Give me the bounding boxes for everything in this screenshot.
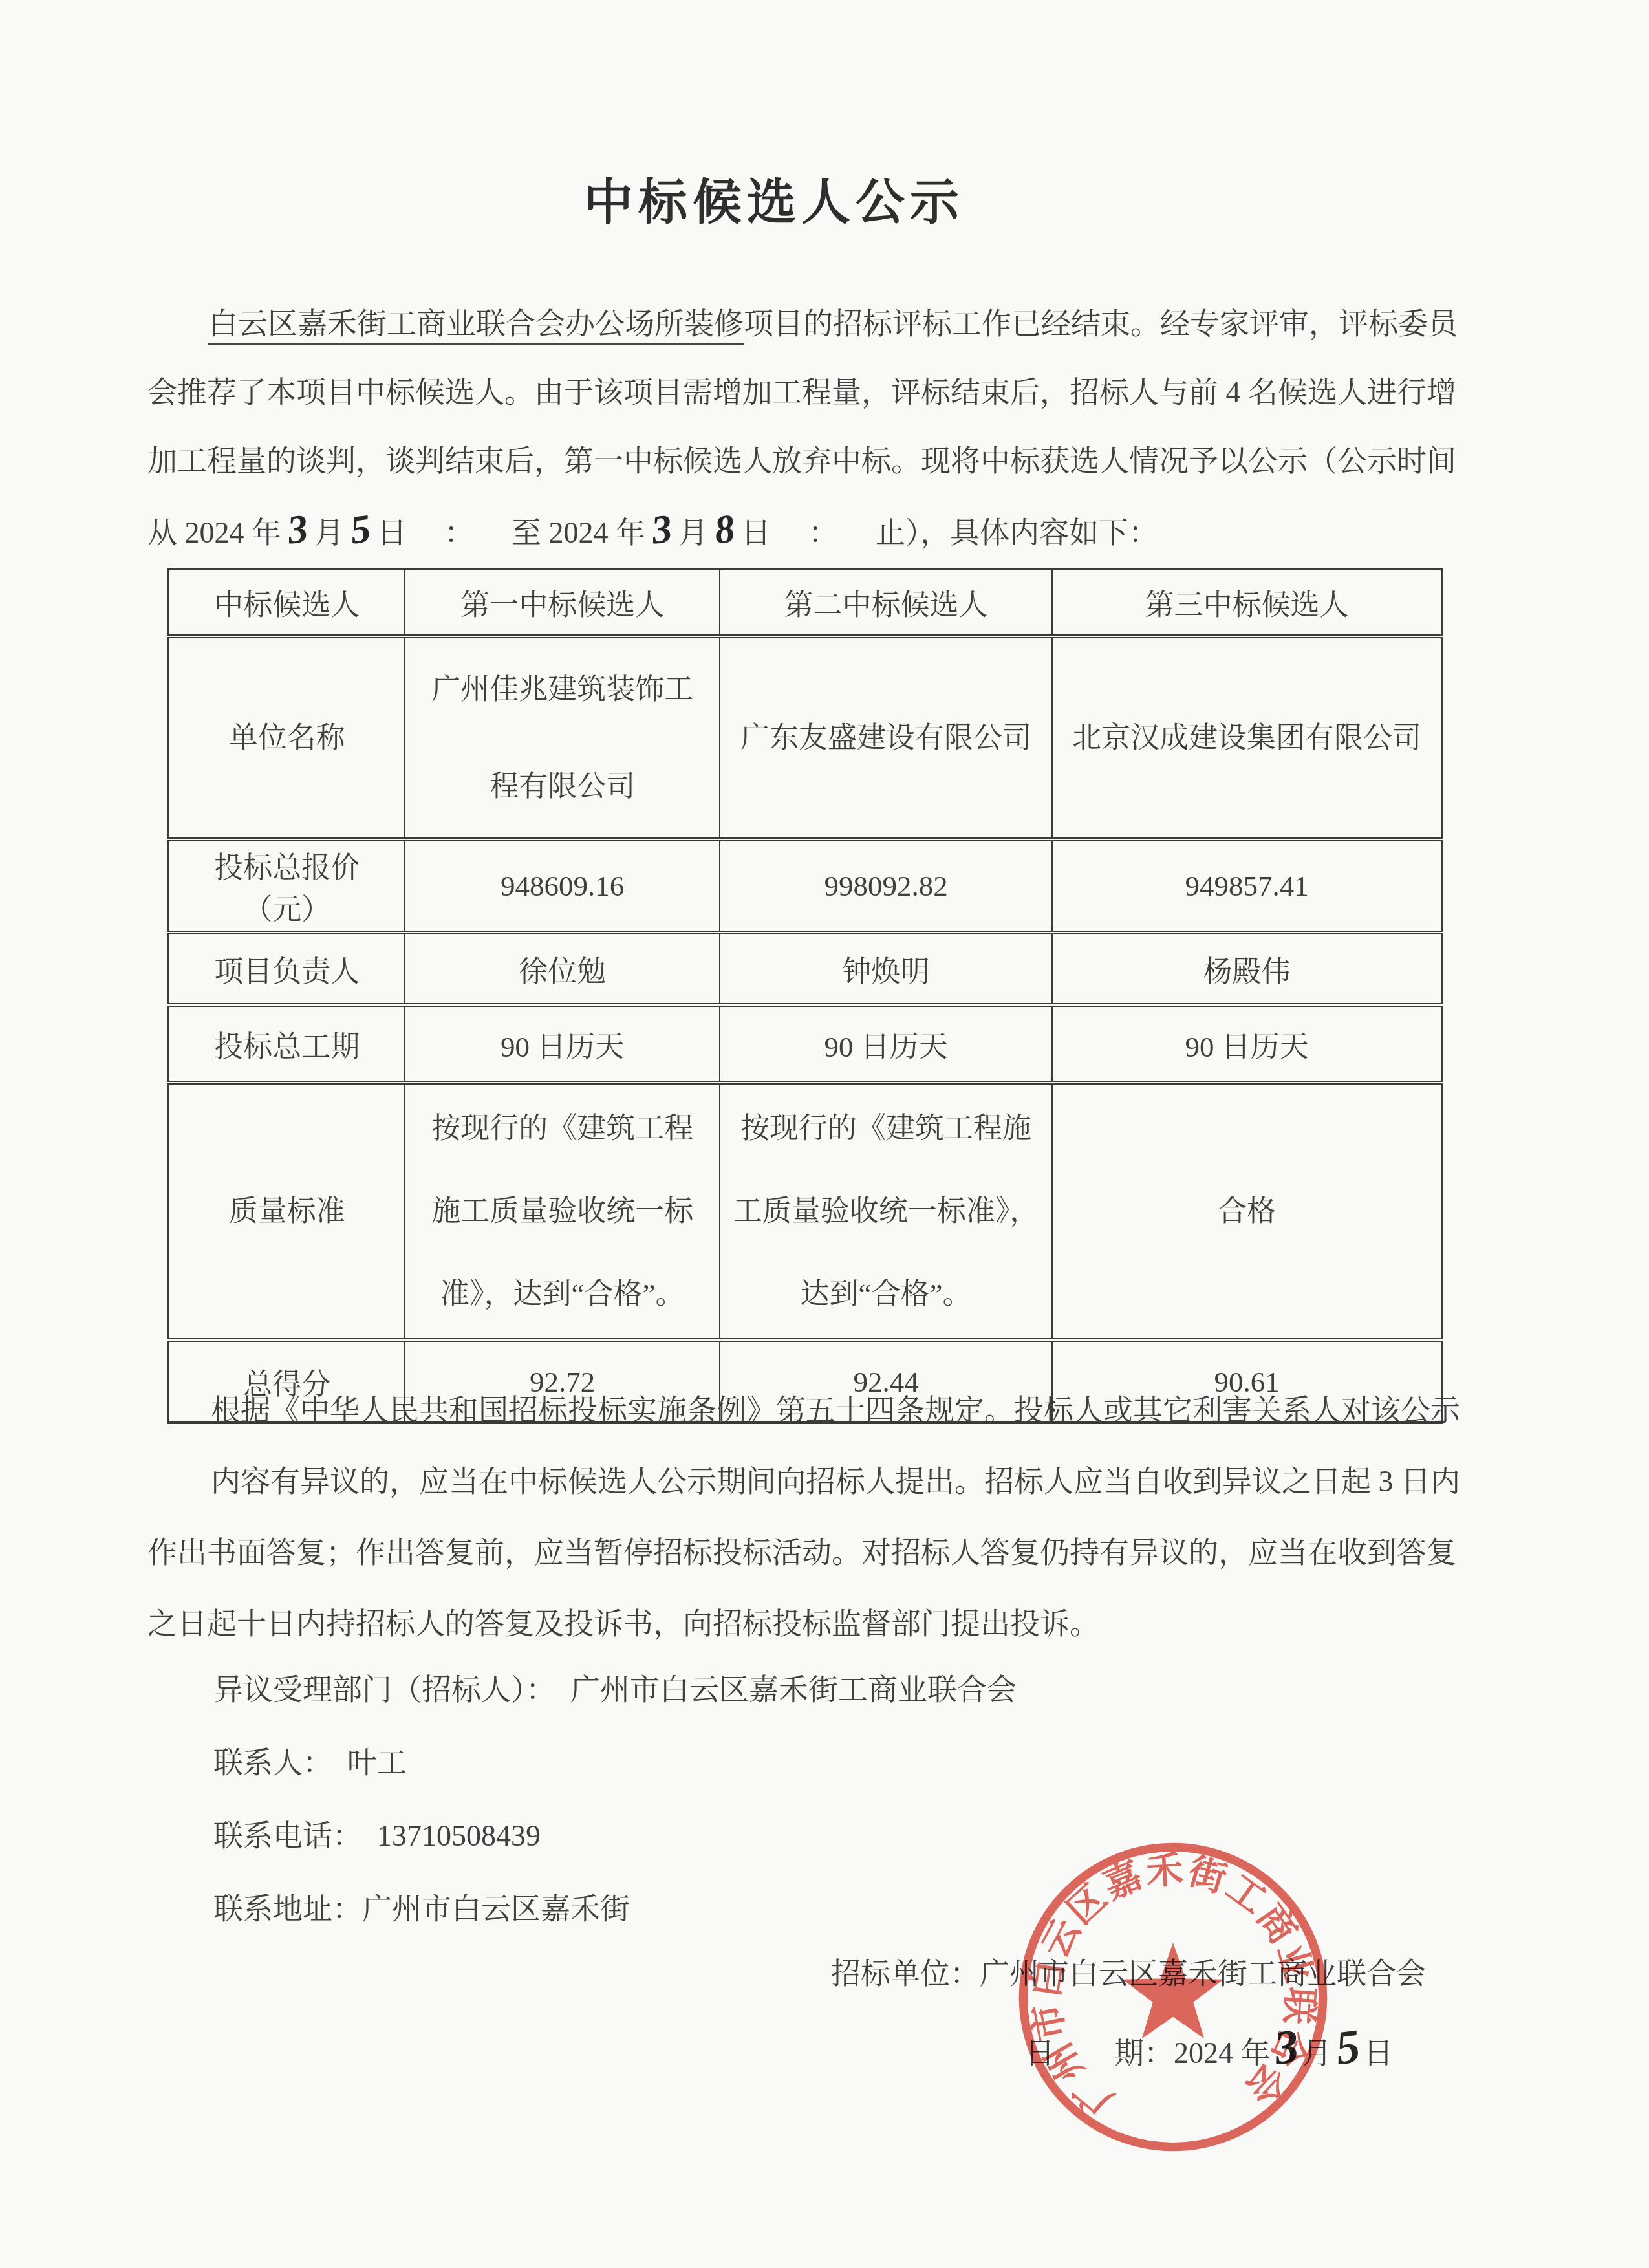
table-cell: 钟焕明 xyxy=(720,933,1052,1005)
contact-person: 联系人： 叶工 xyxy=(213,1726,1017,1799)
document-page: 中标候选人公示 白云区嘉禾街工商业联合会办公场所装修项目的招标评标工作已经结束。… xyxy=(0,0,1649,2268)
tendering-unit: 招标单位：广州市白云区嘉禾街工商业联合会 xyxy=(831,1943,1426,2005)
intro-line-4: 从 2024 年3月5日：至 2024 年3月8日：止），具体内容如下： xyxy=(147,495,1512,564)
intro-paragraph: 白云区嘉禾街工商业联合会办公场所装修项目的招标评标工作已经结束。经专家评审，评标… xyxy=(147,290,1512,564)
time-colon-1: ： xyxy=(444,499,474,567)
table-row-company: 单位名称 广州佳兆建筑装饰工程有限公司 广东友盛建设有限公司 北京汉成建设集团有… xyxy=(168,636,1442,839)
table-cell: 北京汉成建设集团有限公司 xyxy=(1052,636,1442,839)
table-cell: 杨殿伟 xyxy=(1052,933,1442,1005)
day-label: 日 xyxy=(377,516,407,549)
table-header-cell: 第一中标候选人 xyxy=(405,569,720,636)
table-row-price: 投标总报价（元） 948609.16 998092.82 949857.41 xyxy=(168,839,1442,933)
month-label: 月 xyxy=(678,516,708,549)
handwritten-from-day: 5 xyxy=(347,495,375,565)
contact-phone: 联系电话： 13710508439 xyxy=(213,1799,1017,1872)
day-label: 日 xyxy=(1364,2036,1394,2069)
table-cell: 广东友盛建设有限公司 xyxy=(720,636,1052,839)
table-row-duration: 投标总工期 90 日历天 90 日历天 90 日历天 xyxy=(168,1005,1442,1083)
intro-line-1: 白云区嘉禾街工商业联合会办公场所装修项目的招标评标工作已经结束。经专家评审，评标… xyxy=(147,290,1512,358)
contact-block: 异议受理部门（招标人）： 广州市白云区嘉禾街工商业联合会 联系人： 叶工 联系电… xyxy=(213,1653,1017,1945)
table-cell: 90 日历天 xyxy=(1052,1005,1442,1083)
contact-address: 联系地址：广州市白云区嘉禾街 xyxy=(213,1872,1017,1945)
intro-line-3: 加工程量的谈判，谈判结束后，第一中标候选人放弃中标。现将中标获选人情况予以公示（… xyxy=(147,427,1512,495)
day-label: 日 xyxy=(741,516,771,549)
intro-line-2: 会推荐了本项目中标候选人。由于该项目需增加工程量，评标结束后，招标人与前 4 名… xyxy=(147,358,1512,427)
handwritten-from-month: 3 xyxy=(284,495,312,565)
row-label: 质量标准 xyxy=(168,1083,405,1340)
publicity-to-prefix: 至 2024 年 xyxy=(512,516,645,549)
table-cell: 合格 xyxy=(1052,1083,1442,1340)
handwritten-date-day: 5 xyxy=(1332,2015,1363,2080)
row-label: 投标总报价（元） xyxy=(168,839,405,933)
table-cell: 90 日历天 xyxy=(720,1005,1052,1083)
table-cell: 按现行的《建筑工程施工质量验收统一标准》，达到“合格”。 xyxy=(720,1083,1052,1340)
legal-line-4: 之日起十日内持招标人的答复及投诉书，向招标投标监督部门提出投诉。 xyxy=(147,1588,1518,1659)
legal-paragraph: 根据《中华人民共和国招标投标实施条例》第五十四条规定。投标人或其它利害关系人对该… xyxy=(147,1375,1518,1659)
publicity-suffix: 止），具体内容如下： xyxy=(876,516,1158,549)
legal-line-2: 内容有异议的，应当在中标候选人公示期间向招标人提出。招标人应当自收到异议之日起 … xyxy=(147,1446,1518,1517)
date-prefix: 日 期：2024 年 xyxy=(1025,2036,1271,2069)
objection-dept: 异议受理部门（招标人）： 广州市白云区嘉禾街工商业联合会 xyxy=(213,1653,1017,1726)
handwritten-to-month: 3 xyxy=(648,495,676,565)
table-cell: 998092.82 xyxy=(720,839,1052,933)
table-row-manager: 项目负责人 徐位勉 钟焕明 杨殿伟 xyxy=(168,933,1442,1005)
table-header-cell: 第三中标候选人 xyxy=(1052,569,1442,636)
legal-line-3: 作出书面答复；作出答复前，应当暂停招标投标活动。对招标人答复仍持有异议的，应当在… xyxy=(147,1517,1518,1588)
table-header-cell: 中标候选人 xyxy=(168,569,405,636)
month-label: 月 xyxy=(1302,2036,1332,2069)
signature-date: 日 期：2024 年3月5日 xyxy=(1025,2016,1394,2079)
handwritten-date-month: 3 xyxy=(1271,2015,1302,2080)
page-title: 中标候选人公示 xyxy=(0,163,1599,233)
legal-line-1: 根据《中华人民共和国招标投标实施条例》第五十四条规定。投标人或其它利害关系人对该… xyxy=(147,1375,1518,1446)
row-label: 单位名称 xyxy=(168,636,405,839)
row-label: 投标总工期 xyxy=(168,1005,405,1083)
intro-line-1-rest: 项目的招标评标工作已经结束。经专家评审，评标委员 xyxy=(744,307,1458,340)
table-row-quality: 质量标准 按现行的《建筑工程施工质量验收统一标准》，达到“合格”。 按现行的《建… xyxy=(168,1083,1442,1340)
table-cell: 按现行的《建筑工程施工质量验收统一标准》，达到“合格”。 xyxy=(405,1083,720,1340)
project-name-underlined: 白云区嘉禾街工商业联合会办公场所装修 xyxy=(208,307,744,345)
table-header-cell: 第二中标候选人 xyxy=(720,569,1052,636)
month-label: 月 xyxy=(314,516,344,549)
table-header-row: 中标候选人 第一中标候选人 第二中标候选人 第三中标候选人 xyxy=(168,569,1442,636)
table-cell: 949857.41 xyxy=(1052,839,1442,933)
row-label: 项目负责人 xyxy=(168,933,405,1005)
table-cell: 徐位勉 xyxy=(405,933,720,1005)
time-colon-2: ： xyxy=(808,499,838,567)
table-cell: 90 日历天 xyxy=(405,1005,720,1083)
handwritten-to-day: 8 xyxy=(711,495,739,565)
publicity-from-prefix: 从 2024 年 xyxy=(147,516,281,549)
table-cell: 948609.16 xyxy=(405,839,720,933)
table-cell: 广州佳兆建筑装饰工程有限公司 xyxy=(405,636,720,839)
candidates-table: 中标候选人 第一中标候选人 第二中标候选人 第三中标候选人 单位名称 广州佳兆建… xyxy=(167,568,1443,1424)
